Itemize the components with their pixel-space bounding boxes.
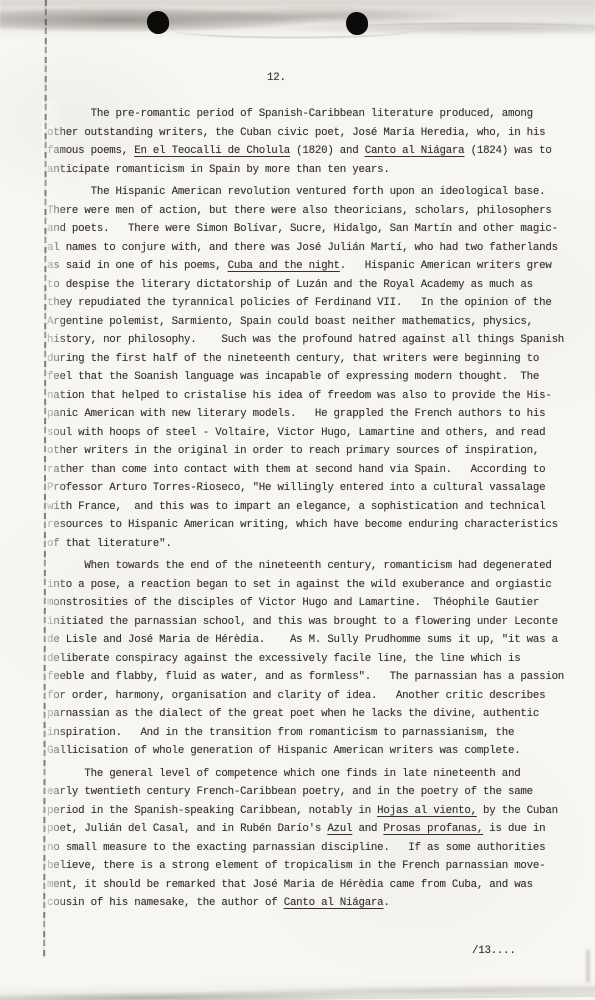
text-line: rather than come into contact with them …: [47, 461, 563, 480]
text-line: soul with hoops of steel - Voltaire, Vic…: [47, 424, 563, 443]
text-line: feeble and flabby, fluid as water, and a…: [47, 668, 563, 687]
text-line: history, nor philosophy. Such was the pr…: [47, 331, 563, 350]
body-text: believe, there is a strong element of tr…: [47, 860, 545, 872]
text-line: There were men of action, but there were…: [47, 202, 563, 221]
scan-bottom-smudge: [0, 979, 595, 1000]
body-text: nation that helped to cristalise his ide…: [47, 390, 552, 402]
text-line: and poets. There were Simon Bolívar, Suc…: [47, 220, 563, 239]
text-line: of that literature".: [47, 535, 563, 554]
body-text: cousin of his namesake, the author of: [47, 897, 284, 909]
text-line: al names to conjure with, and there was …: [47, 239, 563, 258]
paragraph: When towards the end of the nineteenth c…: [47, 557, 563, 761]
body-text: There were men of action, but there were…: [47, 205, 552, 217]
text-line: deliberate conspiracy against the excess…: [47, 650, 563, 669]
text-line: into a pose, a reaction began to set in …: [47, 576, 563, 595]
text-line: initiated the parnassian school, and thi…: [47, 613, 563, 632]
body-text: poet, Julián del Casal, and in Rubén Dar…: [47, 823, 327, 835]
body-text: to despise the literary dictatorship of …: [47, 279, 533, 291]
text-line: parnassian as the dialect of the great p…: [47, 705, 563, 724]
text-line: de Lisle and José Maria de Hérèdia. As M…: [47, 631, 563, 650]
binding-crease-line: [43, 0, 46, 958]
body-text: de Lisle and José Maria de Hérèdia. As M…: [47, 634, 558, 646]
underlined-title-text: Azul: [327, 823, 352, 835]
body-text: of that literature".: [47, 538, 172, 550]
text-line: other writers in the original in order t…: [47, 442, 563, 461]
body-text: other writers in the original in order t…: [47, 445, 539, 457]
text-line: nation that helped to cristalise his ide…: [47, 387, 563, 406]
underlined-title-text: En el Teocalli de Cholula: [134, 145, 290, 157]
scanned-typescript-page: { "page": { "number": "12.", "continuati…: [0, 0, 595, 1000]
body-text: The pre-romantic period of Spanish-Carib…: [47, 108, 533, 120]
text-line: feel that the Soanish language was incap…: [47, 368, 563, 387]
body-text: other outstanding writers, the Cuban civ…: [47, 127, 545, 139]
body-text: panic American with new literary models.…: [47, 408, 545, 420]
text-line: monstrosities of the disciples of Victor…: [47, 594, 563, 613]
text-line: with France, and this was to impart an e…: [47, 498, 563, 517]
text-line: other outstanding writers, the Cuban civ…: [47, 124, 563, 143]
body-text: no small measure to the exacting parnass…: [47, 842, 545, 854]
body-text: by the Cuban: [477, 805, 558, 817]
body-text: (1824) was to: [464, 145, 551, 157]
underlined-title-text: Cuba and the night: [228, 260, 340, 272]
body-text: resources to Hispanic American writing, …: [47, 519, 558, 531]
underlined-title-text: Hojas al viento,: [377, 805, 477, 817]
body-text: into a pose, a reaction began to set in …: [47, 579, 552, 591]
body-text: deliberate conspiracy against the excess…: [47, 653, 520, 665]
text-line: during the first half of the nineteenth …: [47, 350, 563, 369]
body-text: they repudiated the tyrannical policies …: [47, 297, 552, 309]
text-line: poet, Julián del Casal, and in Rubén Dar…: [47, 820, 563, 839]
text-line: The general level of competence which on…: [47, 765, 563, 784]
body-text: (1820) and: [290, 145, 365, 157]
body-text: as said in one of his poems,: [47, 260, 228, 272]
body-text: during the first half of the nineteenth …: [47, 353, 539, 365]
pencil-streak: [350, 23, 595, 32]
text-line: resources to Hispanic American writing, …: [47, 516, 563, 535]
text-line: anticipate romanticism in Spain by more …: [47, 161, 563, 180]
body-text: famous poems,: [47, 145, 134, 157]
text-line: they repudiated the tyrannical policies …: [47, 294, 563, 313]
body-text: soul with hoops of steel - Voltaire, Vic…: [47, 427, 545, 439]
punch-hole-mark: [346, 12, 368, 35]
scan-edge-smudge: [586, 950, 590, 982]
body-text: anticipate romanticism in Spain by more …: [47, 164, 390, 176]
body-text: parnassian as the dialect of the great p…: [47, 708, 539, 720]
body-text: feel that the Soanish language was incap…: [47, 371, 539, 383]
body-text: early twentieth century French-Caribbean…: [47, 786, 533, 798]
scan-top-smudge: [0, 0, 595, 40]
body-text: is due in: [483, 823, 545, 835]
paragraph: The general level of competence which on…: [47, 765, 563, 913]
continuation-marker: /13....: [472, 946, 516, 957]
body-text: with France, and this was to impart an e…: [47, 501, 545, 513]
pencil-streak: [175, 24, 410, 38]
text-line: famous poems, En el Teocalli de Cholula …: [47, 142, 563, 161]
underlined-title-text: Canto al Niágara: [365, 145, 465, 157]
punch-hole-mark: [146, 10, 171, 36]
underlined-title-text: Prosas profanas,: [383, 823, 483, 835]
paragraph: The Hispanic American revolution venture…: [47, 183, 563, 553]
body-text: .: [383, 897, 389, 909]
body-text: rather than come into contact with them …: [47, 464, 545, 476]
text-line: panic American with new literary models.…: [47, 405, 563, 424]
body-text: monstrosities of the disciples of Victor…: [47, 597, 539, 609]
text-line: inspiration. And in the transition from …: [47, 724, 563, 743]
text-line: for order, harmony, organisation and cla…: [47, 687, 563, 706]
body-text: Gallicisation of whole generation of His…: [47, 745, 520, 757]
body-text: The general level of competence which on…: [47, 768, 520, 780]
paragraph: The pre-romantic period of Spanish-Carib…: [47, 105, 563, 179]
body-text: Argentine polemist, Sarmiento, Spain cou…: [47, 316, 533, 328]
text-line: When towards the end of the nineteenth c…: [47, 557, 563, 576]
text-line: Argentine polemist, Sarmiento, Spain cou…: [47, 313, 563, 332]
text-line: no small measure to the exacting parnass…: [47, 839, 563, 858]
body-text: and: [352, 823, 383, 835]
text-line: period in the Spanish-speaking Caribbean…: [47, 802, 563, 821]
text-line: The pre-romantic period of Spanish-Carib…: [47, 105, 563, 124]
text-line: Professor Arturo Torres-Rioseco, "He wil…: [47, 479, 563, 498]
underlined-title-text: Canto al Niágara: [284, 897, 384, 909]
text-line: Gallicisation of whole generation of His…: [47, 742, 563, 761]
body-text: period in the Spanish-speaking Caribbean…: [47, 805, 377, 817]
text-block: The pre-romantic period of Spanish-Carib…: [47, 105, 563, 913]
body-text: inspiration. And in the transition from …: [47, 727, 514, 739]
text-line: cousin of his namesake, the author of Ca…: [47, 894, 563, 913]
body-text: When towards the end of the nineteenth c…: [47, 560, 552, 572]
body-text: Professor Arturo Torres-Rioseco, "He wil…: [47, 482, 545, 494]
text-line: ment, it should be remarked that José Ma…: [47, 876, 563, 895]
text-line: to despise the literary dictatorship of …: [47, 276, 563, 295]
body-text: ment, it should be remarked that José Ma…: [47, 879, 533, 891]
body-text: The Hispanic American revolution venture…: [47, 186, 545, 198]
body-text: initiated the parnassian school, and thi…: [47, 616, 558, 628]
body-text: history, nor philosophy. Such was the pr…: [47, 334, 564, 346]
body-text: feeble and flabby, fluid as water, and a…: [47, 671, 564, 683]
body-text: for order, harmony, organisation and cla…: [47, 690, 545, 702]
text-line: early twentieth century French-Caribbean…: [47, 783, 563, 802]
body-text: and poets. There were Simon Bolívar, Suc…: [47, 223, 558, 235]
page-number: 12.: [267, 73, 286, 84]
body-text: al names to conjure with, and there was …: [47, 242, 558, 254]
text-line: as said in one of his poems, Cuba and th…: [47, 257, 563, 276]
text-line: The Hispanic American revolution venture…: [47, 183, 563, 202]
text-line: believe, there is a strong element of tr…: [47, 857, 563, 876]
body-text: . Hispanic American writers grew: [340, 260, 552, 272]
